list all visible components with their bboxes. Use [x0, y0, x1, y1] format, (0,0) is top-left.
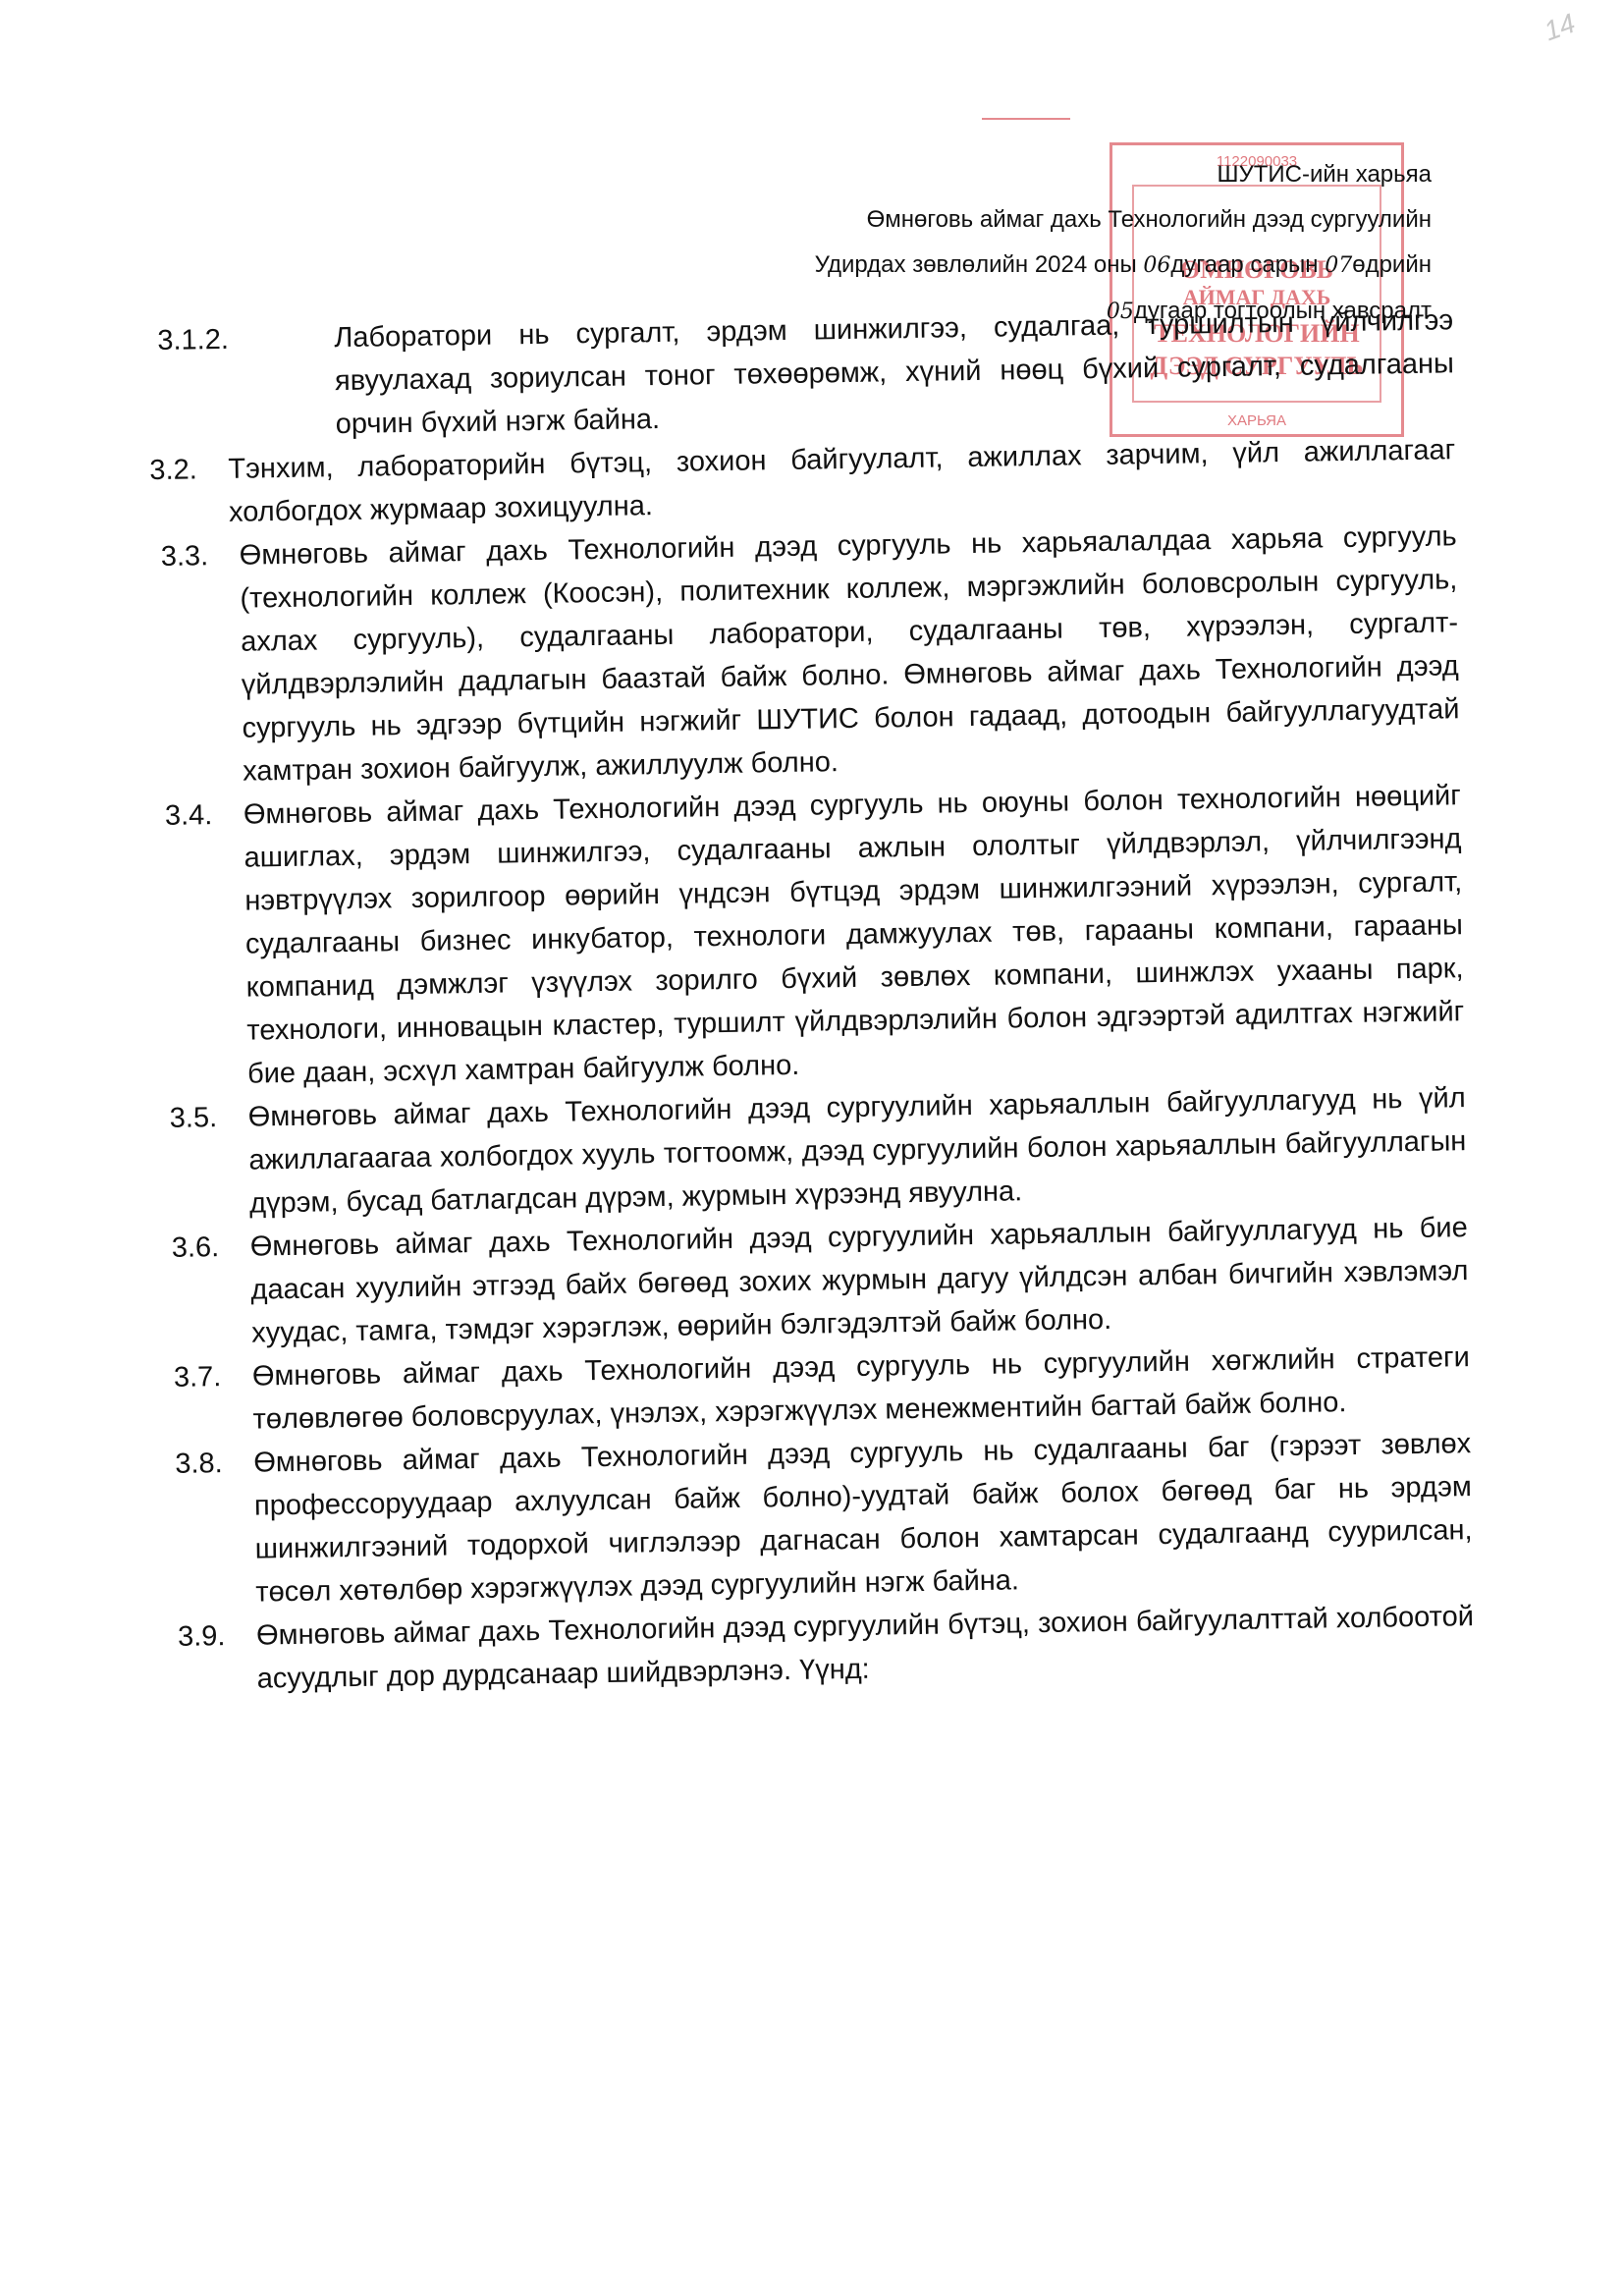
- clause-number: 3.8.: [175, 1442, 223, 1486]
- handwritten-day: 07: [1325, 253, 1352, 278]
- clause-text: Лаборатори нь сургалт, эрдэм шинжилгээ, …: [334, 299, 1455, 446]
- clause-text: Өмнөговь аймаг дахь Технологийн дээд сур…: [256, 1595, 1475, 1700]
- clause-3-4: 3.4. Өмнөговь аймаг дахь Технологийн дээ…: [165, 774, 1466, 1097]
- clause-text: Өмнөговь аймаг дахь Технологийн дээд сур…: [239, 515, 1460, 793]
- header-text: Удирдах зөвлөлийн 2024 оны: [815, 251, 1137, 278]
- clause-text: Өмнөговь аймаг дахь Технологийн дээд сур…: [253, 1422, 1474, 1613]
- stamp-signature-line: [982, 118, 1070, 120]
- clause-text: Өмнөговь аймаг дахь Технологийн дээд сур…: [247, 1076, 1467, 1225]
- clause-number: 3.1.2.: [157, 318, 229, 362]
- clause-3-8: 3.8. Өмнөговь аймаг дахь Технологийн дээ…: [175, 1422, 1474, 1615]
- clause-number: 3.3.: [160, 534, 208, 578]
- header-text: дугаар сарын: [1170, 251, 1318, 278]
- document-body: 3.1.2. Лаборатори нь сургалт, эрдэм шинж…: [157, 299, 1475, 1702]
- header-line-1: ШУТИС-ийн харьяа: [815, 152, 1432, 197]
- clause-3-3: 3.3. Өмнөговь аймаг дахь Технологийн дээ…: [160, 515, 1460, 794]
- clause-number: 3.6.: [172, 1226, 220, 1270]
- clause-number: 3.5.: [169, 1096, 217, 1140]
- clause-text: Өмнөговь аймаг дахь Технологийн дээд сур…: [250, 1206, 1470, 1354]
- clause-3-5: 3.5. Өмнөговь аймаг дахь Технологийн дээ…: [169, 1076, 1467, 1227]
- clause-number: 3.9.: [178, 1614, 226, 1659]
- handwritten-month: 06: [1143, 253, 1170, 278]
- header-text: өдрийн: [1352, 251, 1432, 278]
- page-number-mark: 14: [1540, 8, 1579, 48]
- clause-3-1-2: 3.1.2. Лаборатори нь сургалт, эрдэм шинж…: [216, 299, 1455, 448]
- clause-3-6: 3.6. Өмнөговь аймаг дахь Технологийн дээ…: [172, 1206, 1470, 1356]
- clause-number: 3.2.: [149, 448, 197, 492]
- header-line-2: Өмнөговь аймаг дахь Технологийн дээд сур…: [815, 197, 1432, 243]
- clause-number: 3.4.: [165, 793, 213, 838]
- header-line-3: Удирдах зөвлөлийн 2024 оны 06дугаар сары…: [815, 243, 1432, 289]
- clause-number: 3.7.: [174, 1355, 222, 1399]
- clause-text: Өмнөговь аймаг дахь Технологийн дээд сур…: [244, 774, 1466, 1095]
